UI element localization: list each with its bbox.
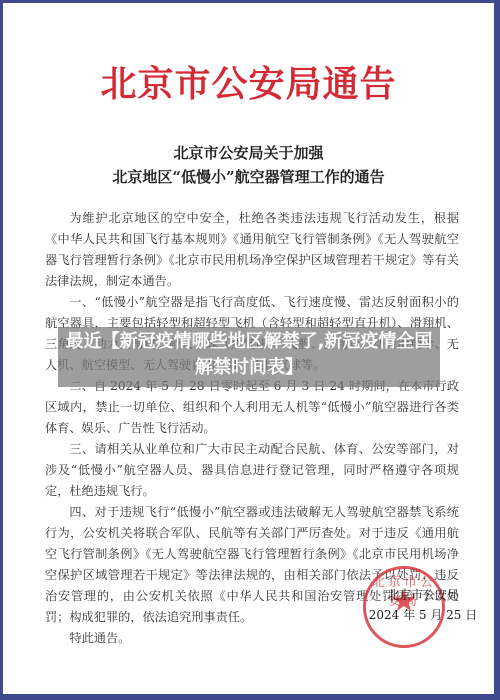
paragraph-preamble: 为维护北京地区的空中安全，杜绝各类违法违规飞行活动发生，根据《中华人民共和国飞行… [45, 208, 459, 292]
paragraph-item-3: 三、请相关从业单位和广大市民主动配合民航、体育、公安等部门，对涉及“低慢小”航空… [45, 439, 459, 502]
notice-header-title: 北京市公安局通告 [3, 61, 494, 107]
subtitle-line-1: 北京市公安局关于加强 [3, 141, 494, 165]
caption-text: 最近【新冠疫情哪些地区解禁了,新冠疫情全国解禁时间表】 [58, 329, 440, 381]
issue-date: 2024 年 5 月 25 日 [358, 605, 488, 625]
issuer-name: 北京市公安局 [358, 585, 488, 605]
notice-subtitle: 北京市公安局关于加强 北京地区“低慢小”航空器管理工作的通告 [3, 141, 494, 189]
signature-block: 北京市公安局 2024 年 5 月 25 日 [358, 585, 488, 625]
subtitle-line-2: 北京地区“低慢小”航空器管理工作的通告 [3, 165, 494, 189]
caption-overlay: 最近【新冠疫情哪些地区解禁了,新冠疫情全国解禁时间表】 [58, 327, 440, 387]
